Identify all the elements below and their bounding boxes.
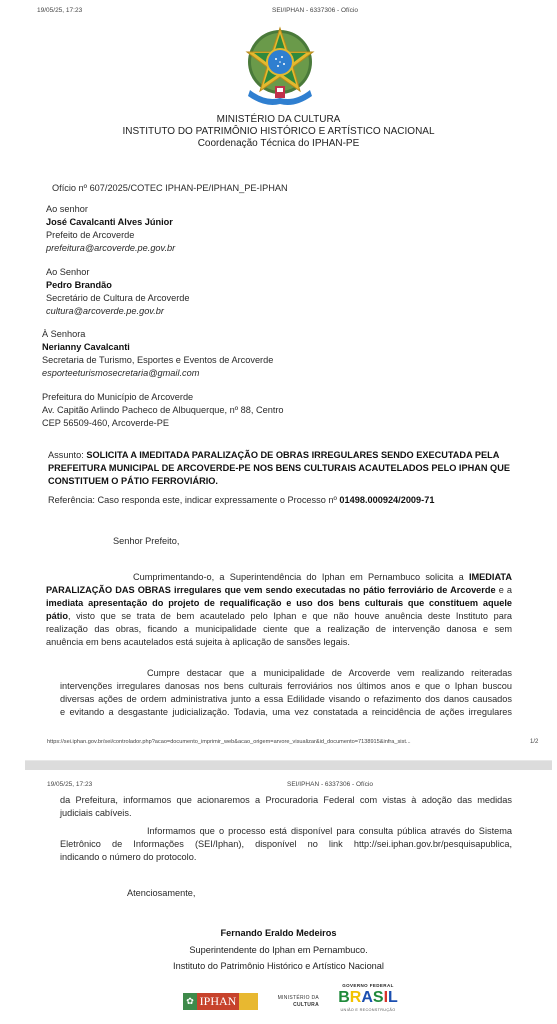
address-line-3: CEP 56509-460, Arcoverde-PE [42,417,169,430]
oficio-number: Ofício nº 607/2025/COTEC IPHAN-PE/IPHAN_… [52,182,288,195]
brazil-coat-of-arms-icon [240,22,320,110]
paragraph-4-line-2: Eletrônico de Informações (SEI/Iphan), d… [60,838,512,851]
recipient-2-role: Secretário de Cultura de Arcoverde [46,292,190,305]
print-footer-url[interactable]: https://sei.iphan.gov.br/sei/controlador… [47,739,411,745]
paragraph-4-line-3: indicando o número do protocolo. [60,851,512,864]
signature-title: Superintendente do Iphan em Pernambuco. [0,944,557,957]
subject-line-3: CONSTITUEM O PÁTIO FERROVIÁRIO. [48,475,218,488]
paragraph-2-line-4: e evitando a desgastante judicialização.… [60,706,512,719]
ministerio-cultura-logo: MINISTÉRIO DA CULTURA [267,995,319,1009]
paragraph-1-line-5: realização das obras, ficando a municipa… [46,623,512,636]
subject-line-2: PREFEITURA MUNICIPAL DE ARCOVERDE-PE NOS… [48,462,510,475]
address-line-1: Prefeitura do Município de Arcoverde [42,391,193,404]
paragraph-2-line-2: intervenções irregulares danosas nos ben… [60,680,512,693]
reference-text: Referência: Caso responda este, indicar … [48,495,337,505]
recipient-3-salutation: À Senhora [42,328,85,341]
page-separator [25,760,552,770]
letterhead-coordination: Coordenação Técnica do IPHAN-PE [0,137,557,150]
recipient-3-role: Secretaria de Turismo, Esportes e Evento… [42,354,273,367]
subject-line-1: Assunto: SOLICITA A IMEDITADA PARALIZAÇÃ… [48,449,499,462]
paragraph-1-line-2: PARALIZAÇÃO DAS OBRAS irregulares que ve… [46,584,512,597]
address-line-2: Av. Capitão Arlindo Pacheco de Albuquerq… [42,404,284,417]
page-number: 1/2 [530,739,538,745]
signature-institution: Instituto do Patrimônio Histórico e Artí… [0,960,557,973]
paragraph-1-line-6: anuência em bens acautelados está sujeit… [46,636,512,649]
recipient-2-name: Pedro Brandão [46,279,112,292]
recipient-1-salutation: Ao senhor [46,203,88,216]
recipient-1-name: José Cavalcanti Alves Júnior [46,216,173,229]
paragraph-3-line-1: da Prefeitura, informamos que acionaremo… [60,794,512,807]
governo-federal-logo: GOVERNO FEDERAL BRASIL UNIÃO E RECONSTRU… [330,983,406,1012]
recipient-3-name: Nerianny Cavalcanti [42,341,130,354]
paragraph-1-line-3: imediata apresentação do projeto de requ… [46,597,512,610]
subject-text-1: SOLICITA A IMEDITADA PARALIZAÇÃO DE OBRA… [86,450,499,460]
iphan-emblem-icon: ✿ [183,993,197,1010]
iphan-logo-text: IPHAN [197,993,239,1010]
recipient-1-email[interactable]: prefeitura@arcoverde.pe.gov.br [46,242,175,255]
recipient-2-salutation: Ao Senhor [46,266,89,279]
print-header-doc-title: SEI/IPHAN - 6337306 - Ofício [272,7,358,14]
paragraph-2: Cumpre destacar que a municipalidade de … [60,667,512,719]
paragraph-1: Cumprimentando-o, a Superintendência do … [46,571,512,649]
paragraph-3: da Prefeitura, informamos que acionaremo… [60,794,512,820]
paragraph-3-line-2: judiciais cabíveis. [60,807,512,820]
print-header-datetime: 19/05/25, 17:23 [37,7,82,14]
reference-line: Referência: Caso responda este, indicar … [48,494,434,507]
paragraph-2-line-3: diversas ações de ordem administrativa j… [60,693,512,706]
signature-name: Fernando Eraldo Medeiros [0,927,557,940]
subject-label: Assunto: [48,450,84,460]
closing: Atenciosamente, [127,887,195,900]
process-number: 01498.000924/2009-71 [339,495,434,505]
paragraph-4: Informamos que o processo está disponíve… [60,825,512,864]
print-header-doc-title-page-2: SEI/IPHAN - 6337306 - Ofício [287,781,373,788]
greeting: Senhor Prefeito, [113,535,179,548]
paragraph-1-line-1: Cumprimentando-o, a Superintendência do … [46,571,512,584]
paragraph-2-line-1: Cumpre destacar que a municipalidade de … [60,667,512,680]
recipient-2-email[interactable]: cultura@arcoverde.pe.gov.br [46,305,164,318]
iphan-logo: ✿ IPHAN [183,993,258,1010]
recipient-1-role: Prefeito de Arcoverde [46,229,134,242]
brasil-wordmark: BRASIL [330,990,406,1006]
print-header-datetime-page-2: 19/05/25, 17:23 [47,781,92,788]
paragraph-1-line-4: pátio, visto que se trata de bem acautel… [46,610,512,623]
recipient-3-email[interactable]: esporteeturismosecretaria@gmail.com [42,367,199,380]
paragraph-4-line-1: Informamos que o processo está disponíve… [60,825,512,838]
